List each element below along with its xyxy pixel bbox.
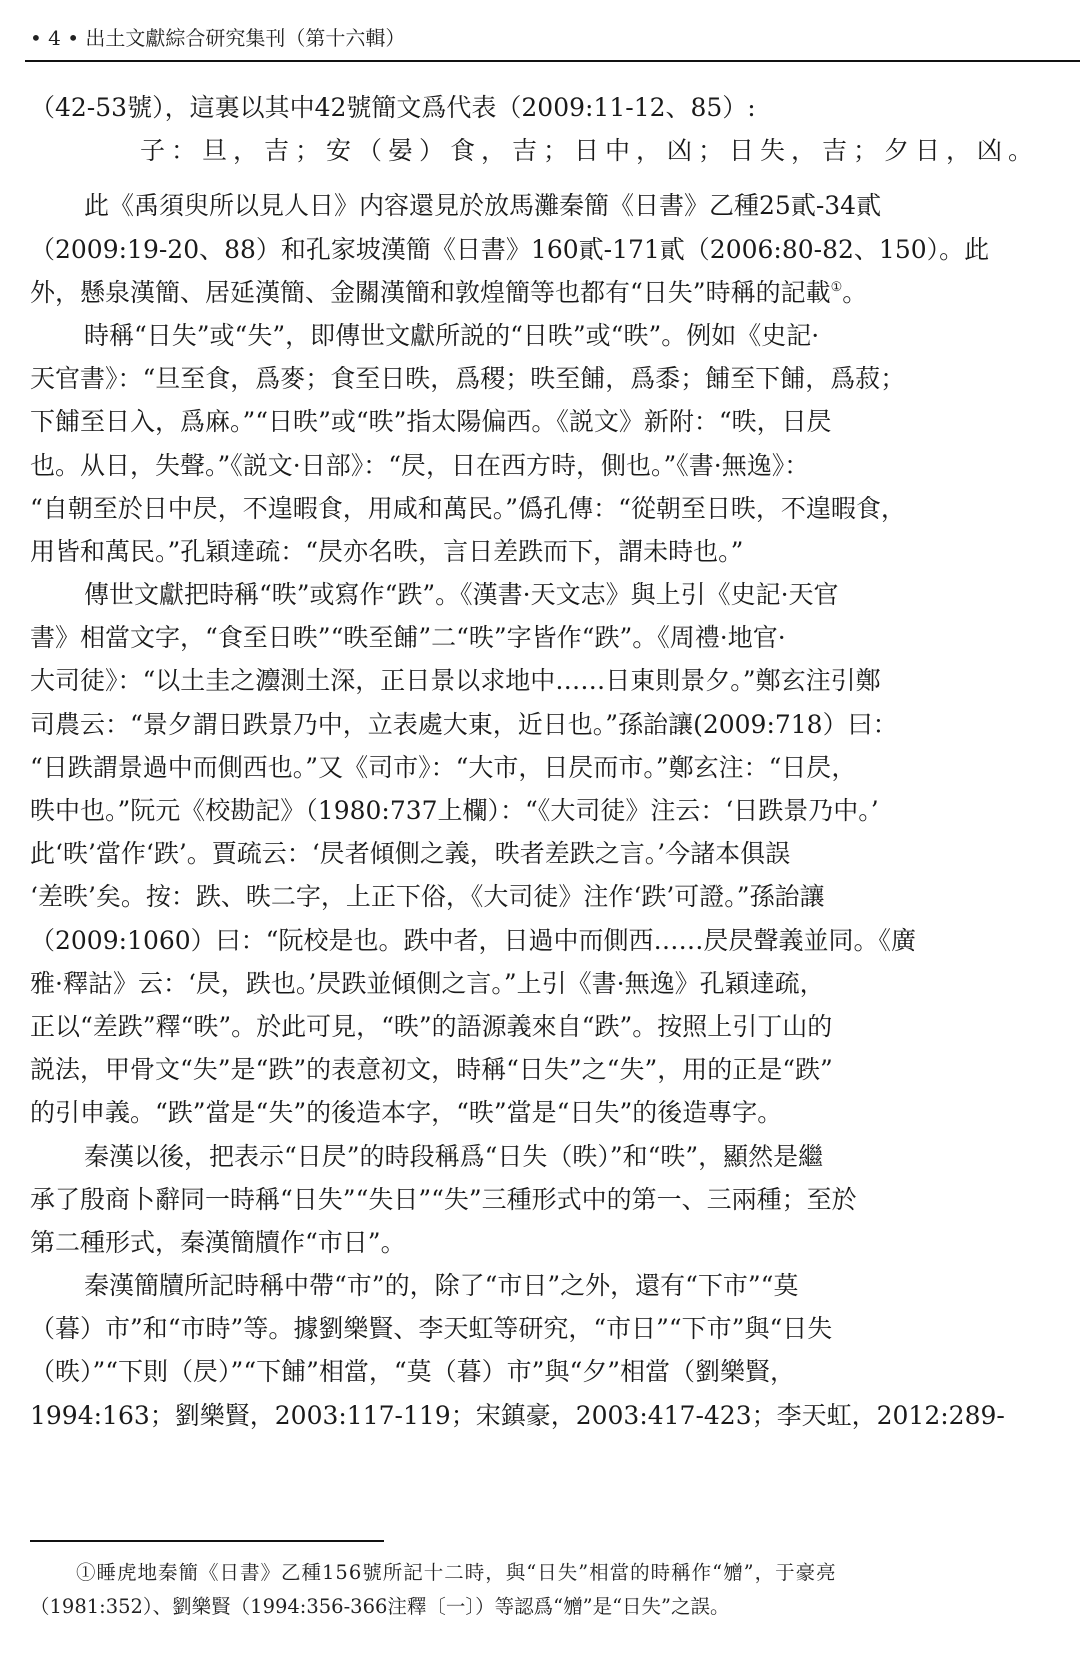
paragraph-start-line: 時稱“日失”或“失”，即傳世文獻所説的“日昳”或“昳”。例如《史記· <box>30 314 1080 357</box>
paragraph-start-line: 傳世文獻把時稱“昳”或寫作“跌”。《漢書·天文志》與上引《史記·天官 <box>30 573 1080 616</box>
text-line: 説法，甲骨文“失”是“跌”的表意初文，時稱“日失”之“失”，用的正是“跌” <box>30 1048 1080 1091</box>
paragraph-start-line: 秦漢以後，把表示“日昃”的時段稱爲“日失（昳）”和“昳”，顯然是繼 <box>30 1135 1080 1178</box>
footnote-1-line: （1981:352）、劉樂賢（1994:356-366注釋〔一〕）等認爲“㬟”是… <box>30 1590 1080 1624</box>
document-page: • 4 • 出土文獻綜合研究集刊（第十六輯） （42-53號），這裏以其中42號… <box>0 0 1080 1658</box>
text-line: 下餔至日入，爲麻。”“日昳”或“昳”指太陽偏西。《説文》新附：“昳，日昃 <box>30 400 1080 443</box>
footnote-reference[interactable]: ① <box>831 280 843 295</box>
paragraph-start-line: 秦漢簡牘所記時稱中帶“市”的，除了“市日”之外，還有“下市”“莫 <box>30 1264 1080 1307</box>
text-line: “自朝至於日中昃，不遑暇食，用咸和萬民。”僞孔傳：“從朝至日昳，不遑暇食， <box>30 487 1080 530</box>
text-line: 司農云：“景夕謂日跌景乃中，立表處大東，近日也。”孫詒讓(2009:718）曰： <box>30 703 1080 746</box>
quoted-slip-text: 子：旦，吉；安（晏）食，吉；日中，凶；日失，吉；夕日，凶。 <box>30 129 1080 172</box>
text-line: （暮）市”和“市時”等。據劉樂賢、李天虹等研究，“市日”“下市”與“日失 <box>30 1307 1080 1350</box>
text-line: （昳）”“下則（昃）”“下餔”相當，“莫（暮）市”與“夕”相當（劉樂賢， <box>30 1350 1080 1393</box>
running-head: • 4 • 出土文獻綜合研究集刊（第十六輯） <box>30 22 405 51</box>
text-line: 第二種形式，秦漢簡牘作“市日”。 <box>30 1221 1080 1264</box>
text-line: 天官書》：“旦至食，爲麥；食至日昳，爲稷；昳至餔，爲黍；餔至下餔，爲菽； <box>30 357 1080 400</box>
text-line: 用皆和萬民。”孔穎達疏：“昃亦名昳，言日差跌而下，謂未時也。” <box>30 530 1080 573</box>
text-line: 昳中也。”阮元《校勘記》（1980:737上欄）：“《大司徒》注云：‘日跌景乃中… <box>30 789 1080 832</box>
text-line: 雅·釋詁》云：‘昃，跌也。’昃跌並傾側之言。”上引《書·無逸》孔穎達疏， <box>30 962 1080 1005</box>
paragraph-start-line: 此《禹須臾所以見人日》内容還見於放馬灘秦簡《日書》乙種25貳-34貳 <box>30 184 1080 227</box>
footnotes: ①睡虎地秦簡《日書》乙種156號所記十二時，與“日失”相當的時稱作“㬟”，于豪亮… <box>30 1556 1080 1624</box>
text-line: （2009:1060）曰：“阮校是也。跌中者，日過中而側西……昃昃聲義並同。《廣 <box>30 919 1080 962</box>
text-line: 正以“差跌”釋“昳”。於此可見，“昳”的語源義來自“跌”。按照上引丁山的 <box>30 1005 1080 1048</box>
text-line: （42-53號），這裏以其中42號簡文爲代表（2009:11-12、85）: <box>30 86 1080 129</box>
footnote-separator <box>30 1540 384 1542</box>
text-line: 書》相當文字，“食至日昳”“昳至餔”二“昳”字皆作“跌”。《周禮·地官· <box>30 616 1080 659</box>
text-line: 的引申義。“跌”當是“失”的後造本字，“昳”當是“日失”的後造專字。 <box>30 1091 1080 1134</box>
text-line-with-footnote: 外，懸泉漢簡、居延漢簡、金關漢簡和敦煌簡等也都有“日失”時稱的記載①。 <box>30 271 1080 314</box>
text-line: 承了殷商卜辭同一時稱“日失”“失日”“失”三種形式中的第一、三兩種；至於 <box>30 1178 1080 1221</box>
text-line: 也。从日，失聲。”《説文·日部》：“昃，日在西方時，側也。”《書·無逸》： <box>30 444 1080 487</box>
header-rule <box>25 60 1080 62</box>
text-span: 。 <box>842 278 867 307</box>
text-line: （2009:19-20、88）和孔家坡漢簡《日書》160貳-171貳（2006:… <box>30 228 1080 271</box>
body-text: （42-53號），這裏以其中42號簡文爲代表（2009:11-12、85）: 子… <box>30 86 1080 1437</box>
text-span: 外，懸泉漢簡、居延漢簡、金關漢簡和敦煌簡等也都有“日失”時稱的記載 <box>30 278 831 307</box>
footnote-1-line: ①睡虎地秦簡《日書》乙種156號所記十二時，與“日失”相當的時稱作“㬟”，于豪亮 <box>30 1556 1080 1590</box>
text-line: “日跌謂景過中而側西也。”又《司市》：“大市，日昃而市。”鄭玄注：“日昃， <box>30 746 1080 789</box>
text-line: 大司徒》：“以土圭之灋測土深，正日景以求地中……日東則景夕。”鄭玄注引鄭 <box>30 659 1080 702</box>
text-line: 此‘昳’當作‘跌’。賈疏云：‘昃者傾側之義，昳者差跌之言。’今諸本俱誤 <box>30 832 1080 875</box>
text-line: 1994:163；劉樂賢，2003:117-119；宋鎮豪，2003:417-4… <box>30 1394 1080 1437</box>
text-line: ‘差昳’矣。按：跌、昳二字，上正下俗，《大司徒》注作‘跌’可證。”孫詒讓 <box>30 875 1080 918</box>
